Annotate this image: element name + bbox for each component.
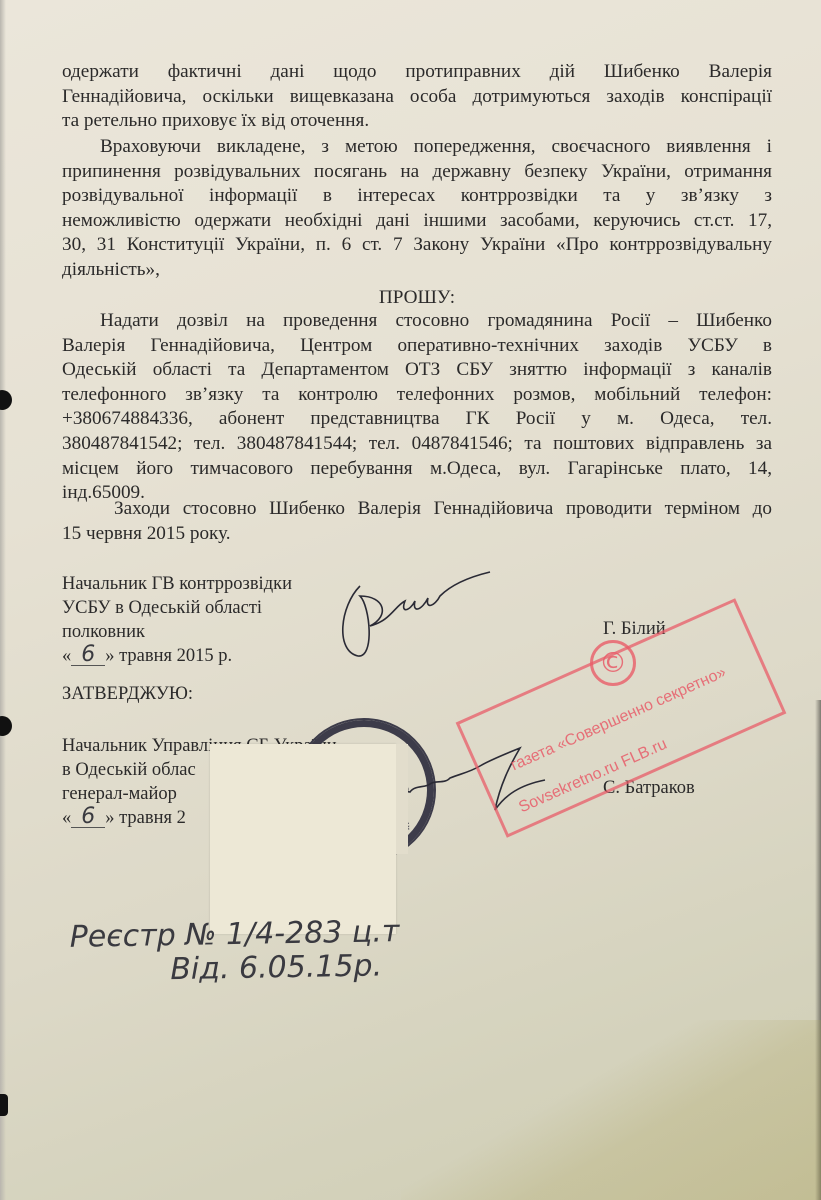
text-line: Надати дозвіл на проведення стосовно гро…: [62, 309, 772, 334]
signatory-date: «6» травня 2015 р.: [62, 644, 292, 668]
text-line: Одеській області та Департаментом ОТЗ СБ…: [62, 358, 772, 383]
text-line: Геннадійовича, оскільки вищевказана особ…: [62, 85, 772, 110]
text-line: неможливістю одержати необхідні дані інш…: [62, 209, 772, 234]
text-line: Заходи стосовно Шибенко Валерія Геннадій…: [62, 497, 772, 522]
text-line: та ретельно приховує їх від оточення.: [62, 109, 772, 134]
text-line: припинення розвідувальних посягань на де…: [62, 160, 772, 185]
handwritten-day: 6: [71, 645, 105, 666]
paper-shadow: [401, 1020, 821, 1200]
paragraph-intro: одержати фактичні дані щодо протиправних…: [62, 60, 772, 134]
page-right-edge: [815, 700, 821, 1200]
handwritten-registry: Реєстр № 1/4-283 ц.т Від. 6.05.15р.: [69, 915, 400, 989]
text-line: розвідувальної інформації в інтересах ко…: [62, 184, 772, 209]
handwritten-day: 6: [71, 807, 105, 828]
text-line: +380674884336, абонент представництва ГК…: [62, 407, 772, 432]
paragraph-term: Заходи стосовно Шибенко Валерія Геннадій…: [62, 497, 772, 546]
redaction-patch: [210, 744, 396, 934]
signatory-title-line: Начальник ГВ контррозвідки: [62, 572, 292, 596]
redaction-patch-edge: [396, 744, 408, 854]
copyright-icon: ©: [590, 640, 636, 686]
punch-hole-icon: [0, 390, 12, 410]
text-line: 15 червня 2015 року.: [62, 522, 772, 547]
text-line: 380487841542; тел. 380487841544; тел. 04…: [62, 432, 772, 457]
signatory-rank: полковник: [62, 620, 292, 644]
text-line: місцем його тимчасового перебування м.Од…: [62, 457, 772, 482]
page-left-edge: [0, 0, 6, 1200]
text-line: телефонного зв’язку та контролю телефонн…: [62, 383, 772, 408]
text-line: діяльність»,: [62, 258, 772, 283]
signatory-block-1: Начальник ГВ контррозвідки УСБУ в Одеськ…: [62, 572, 292, 668]
signatory-title-line: УСБУ в Одеській області: [62, 596, 292, 620]
punch-hole-icon: [0, 716, 12, 736]
text-line: 30, 31 Конституції України, п. 6 ст. 7 З…: [62, 233, 772, 258]
approval-heading: ЗАТВЕРДЖУЮ:: [62, 682, 193, 706]
request-heading: ПРОШУ:: [62, 286, 772, 311]
registry-date: Від. 6.05.15р.: [70, 949, 400, 989]
signature-icon: [330, 566, 500, 666]
paragraph-reasoning: Враховуючи викладене, з метою попереджен…: [62, 135, 772, 283]
paragraph-request: Надати дозвіл на проведення стосовно гро…: [62, 309, 772, 506]
text-line: Валерія Геннадійовича, Центром оперативн…: [62, 334, 772, 359]
text-line: Враховуючи викладене, з метою попереджен…: [62, 135, 772, 160]
punch-hole-icon: [0, 1094, 8, 1116]
text-line: одержати фактичні дані щодо протиправних…: [62, 60, 772, 85]
